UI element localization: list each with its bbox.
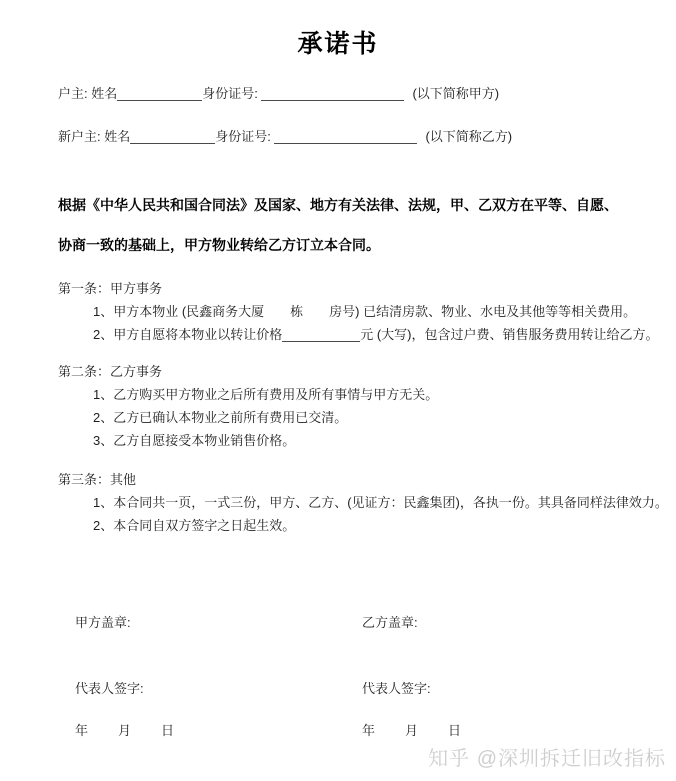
article-3-item-1: 1、本合同共一页，一式三份，甲方、乙方、(见证方：民鑫集团)，各执一份。其具备同… xyxy=(93,491,676,514)
year-label: 年 xyxy=(362,723,375,738)
party-a-name-label: 户主: 姓名 xyxy=(58,86,117,101)
party-a-stamp-label: 甲方盖章: xyxy=(75,615,362,631)
party-b-signature-label: 代表人签字: xyxy=(362,681,431,697)
month-label: 月 xyxy=(118,723,131,738)
article-1-heading: 第一条：甲方事务 xyxy=(58,277,676,300)
price-blank xyxy=(282,328,360,342)
document-title: 承诺书 xyxy=(0,0,676,58)
party-a-id-blank xyxy=(261,87,404,101)
month-label: 月 xyxy=(405,723,418,738)
article-1: 第一条：甲方事务 1、甲方本物业 (民鑫商务大厦 栋 房号) 已结清房款、物业、… xyxy=(0,277,676,346)
price-clause-post: 元 (大写)，包含过户费、销售服务费用转让给乙方。 xyxy=(360,327,658,342)
zhihu-watermark: 知乎 @深圳拆迁旧改指标 xyxy=(428,742,666,771)
party-b-id-blank xyxy=(274,130,417,144)
article-3: 第三条：其他 1、本合同共一页，一式三份，甲方、乙方、(见证方：民鑫集团)，各执… xyxy=(0,468,676,537)
party-a-name-blank xyxy=(117,87,202,101)
year-label: 年 xyxy=(75,723,88,738)
stamp-row: 甲方盖章: 乙方盖章: xyxy=(75,615,676,631)
party-a-id-label: 身份证号: xyxy=(202,86,261,101)
preamble-paragraph: 根据《中华人民共和国合同法》及国家、地方有关法律、法规，甲、乙双方在平等、自愿、… xyxy=(58,185,648,265)
party-a-date: 年月日 xyxy=(75,723,362,739)
article-3-items: 1、本合同共一页，一式三份，甲方、乙方、(见证方：民鑫集团)，各执一份。其具备同… xyxy=(0,491,676,537)
article-2-item-3: 3、乙方自愿接受本物业销售价格。 xyxy=(93,429,676,452)
signature-row: 代表人签字: 代表人签字: xyxy=(75,681,676,697)
article-2: 第二条：乙方事务 1、乙方购买甲方物业之后所有费用及所有事情与甲方无关。 2、乙… xyxy=(0,360,676,452)
preamble-line-2: 协商一致的基础上，甲方物业转给乙方订立本合同。 xyxy=(58,225,648,265)
party-a-line: 户主: 姓名身份证号: (以下简称甲方) xyxy=(58,86,676,102)
article-2-heading: 第二条：乙方事务 xyxy=(58,360,676,383)
party-b-name-label: 新户主: 姓名 xyxy=(58,129,130,144)
article-2-item-1: 1、乙方购买甲方物业之后所有费用及所有事情与甲方无关。 xyxy=(93,383,676,406)
day-label: 日 xyxy=(161,723,174,738)
day-label: 日 xyxy=(448,723,461,738)
contract-document: 承诺书 户主: 姓名身份证号: (以下简称甲方) 新户主: 姓名身份证号: (以… xyxy=(0,0,676,781)
date-row: 年月日 年月日 xyxy=(75,723,676,739)
article-2-items: 1、乙方购买甲方物业之后所有费用及所有事情与甲方无关。 2、乙方已确认本物业之前… xyxy=(0,383,676,452)
party-b-name-blank xyxy=(130,130,215,144)
party-a-alias: (以下简称甲方) xyxy=(412,86,499,101)
party-b-line: 新户主: 姓名身份证号: (以下简称乙方) xyxy=(58,129,676,145)
price-clause-pre: 2、甲方自愿将本物业以转让价格 xyxy=(93,327,282,342)
article-1-items: 1、甲方本物业 (民鑫商务大厦 栋 房号) 已结清房款、物业、水电及其他等等相关… xyxy=(0,300,676,346)
party-b-date: 年月日 xyxy=(362,723,491,739)
party-b-id-label: 身份证号: xyxy=(215,129,274,144)
preamble-line-1: 根据《中华人民共和国合同法》及国家、地方有关法律、法规，甲、乙双方在平等、自愿、 xyxy=(58,185,648,225)
article-3-heading: 第三条：其他 xyxy=(58,468,676,491)
article-1-item-2: 2、甲方自愿将本物业以转让价格元 (大写)，包含过户费、销售服务费用转让给乙方。 xyxy=(93,323,676,346)
article-3-item-2: 2、本合同自双方签字之日起生效。 xyxy=(93,514,676,537)
party-b-stamp-label: 乙方盖章: xyxy=(362,615,418,631)
article-1-item-1: 1、甲方本物业 (民鑫商务大厦 栋 房号) 已结清房款、物业、水电及其他等等相关… xyxy=(93,300,676,323)
party-a-signature-label: 代表人签字: xyxy=(75,681,362,697)
article-2-item-2: 2、乙方已确认本物业之前所有费用已交清。 xyxy=(93,406,676,429)
party-b-alias: (以下简称乙方) xyxy=(425,129,512,144)
